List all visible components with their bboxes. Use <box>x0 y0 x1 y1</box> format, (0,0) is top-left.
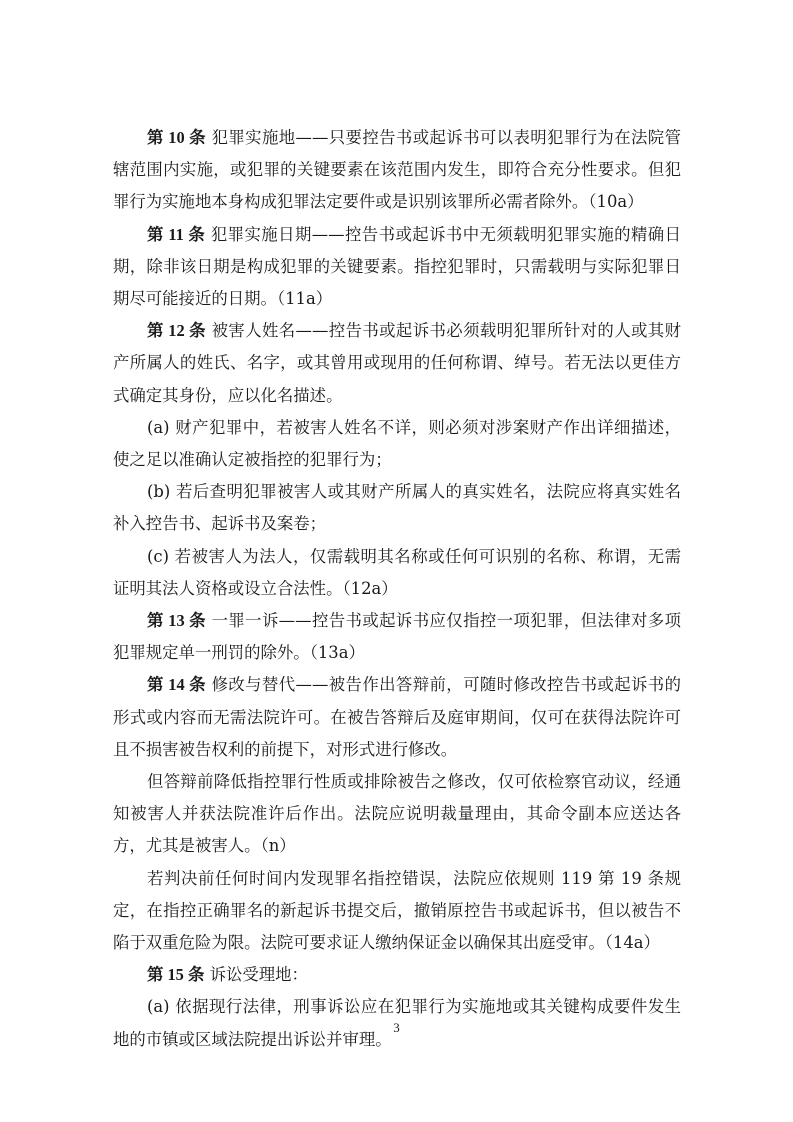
article-heading: 第 14 条 <box>147 675 206 694</box>
article-heading: 第 10 条 <box>147 128 206 147</box>
paragraph-text: 诉讼受理地： <box>204 965 308 984</box>
article-10-paragraph: 第 10 条 犯罪实施地——只要控告书或起诉书可以表明犯罪行为在法院管辖范围内实… <box>113 122 681 219</box>
article-15-paragraph: 第 15 条 诉讼受理地： <box>113 959 681 991</box>
article-14-paragraph: 第 14 条 修改与替代——被告作出答辩前，可随时修改控告书或起诉书的形式或内容… <box>113 669 681 766</box>
article-heading: 第 15 条 <box>147 965 204 984</box>
article-12-clause-b: (b) 若后查明犯罪被害人或其财产所属人的真实姓名，法院应将真实姓名补入控告书、… <box>113 476 681 540</box>
article-14-paragraph-3: 若判决前任何时间内发现罪名指控错误，法院应依规则 119 第 19 条规定，在指… <box>113 863 681 960</box>
article-heading: 第 11 条 <box>147 225 205 244</box>
article-heading: 第 13 条 <box>147 611 206 630</box>
paragraph-text: 若判决前任何时间内发现罪名指控错误，法院应依规则 119 第 19 条规定，在指… <box>113 869 681 952</box>
article-12-clause-a: (a) 财产犯罪中，若被害人姓名不详，则必须对涉案财产作出详细描述，使之足以准确… <box>113 412 681 476</box>
article-heading: 第 12 条 <box>147 321 206 340</box>
paragraph-text: 但答辩前降低指控罪行性质或排除被告之修改，仅可依检察官动议，经通知被害人并获法院… <box>113 772 681 855</box>
document-body: 第 10 条 犯罪实施地——只要控告书或起诉书可以表明犯罪行为在法院管辖范围内实… <box>113 122 681 1056</box>
paragraph-text: (b) 若后查明犯罪被害人或其财产所属人的真实姓名，法院应将真实姓名补入控告书、… <box>113 482 681 533</box>
paragraph-text: (c) 若被害人为法人，仅需载明其名称或任何可识别的名称、称谓，无需证明其法人资… <box>113 547 681 598</box>
paragraph-text: (a) 财产犯罪中，若被害人姓名不详，则必须对涉案财产作出详细描述，使之足以准确… <box>113 418 681 469</box>
page-number: 3 <box>0 1020 793 1036</box>
article-14-paragraph-2: 但答辩前降低指控罪行性质或排除被告之修改，仅可依检察官动议，经通知被害人并获法院… <box>113 766 681 863</box>
article-12-clause-c: (c) 若被害人为法人，仅需载明其名称或任何可识别的名称、称谓，无需证明其法人资… <box>113 541 681 605</box>
article-13-paragraph: 第 13 条 一罪一诉——控告书或起诉书应仅指控一项犯罪，但法律对多项犯罪规定单… <box>113 605 681 669</box>
article-11-paragraph: 第 11 条 犯罪实施日期——控告书或起诉书中无须载明犯罪实施的精确日期，除非该… <box>113 219 681 316</box>
article-12-paragraph: 第 12 条 被害人姓名——控告书或起诉书必须载明犯罪所针对的人或其财产所属人的… <box>113 315 681 412</box>
